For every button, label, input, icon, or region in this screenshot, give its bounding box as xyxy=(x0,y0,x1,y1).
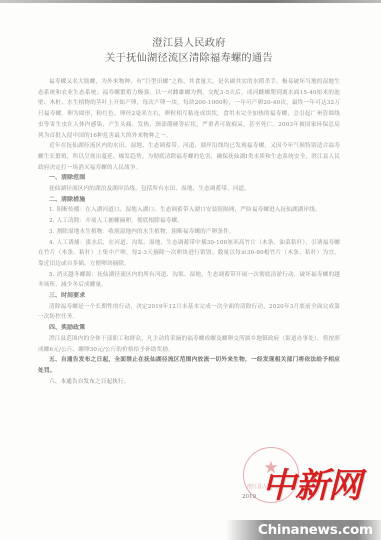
section-paragraph: 清除福寿螺是一个长期性的行动，决定2019年12月末基本完成一次全面的清除行动，… xyxy=(38,302,340,323)
document-header: 澄江县人民政府 关于抚仙湖径流区清除福寿螺的通告 xyxy=(38,36,340,66)
signature-date: 2019 xyxy=(242,494,256,500)
measure-item: 4. 人工诱捕：涨水后，在河道、沟渠、湿地、生态调蓄带中插30-100厘米高竹片… xyxy=(38,238,340,270)
measure-item: 5. 消灭越冬螺源：抚仙湖径流区内的所有河道、沟渠、湿地、生态调蓄带开展一次彻底… xyxy=(38,270,340,291)
section-heading-measures: 二、清除措施 xyxy=(38,195,340,206)
measure-item: 2. 人工清除：开展人工捕螺摘卵，彻底根除福寿螺。 xyxy=(38,216,340,227)
top-edge-shadow xyxy=(0,0,381,3)
section-paragraph: 抚仙湖径流区内的湖泊及湖岸沿线，包括所有水田、湿地、生态调蓄带、河道。 xyxy=(38,184,340,195)
notice-title: 关于抚仙湖径流区清除福寿螺的通告 xyxy=(38,51,340,66)
intro-paragraph: 近年在抚仙湖径流区内的水田、湿地、生态调蓄带、河道、湖岸沿线均已发现福寿螺，又因… xyxy=(38,141,340,173)
measure-item: 1. 阻断传播：在入湖河道口、湿地入湖口、生态调蓄带入湖口安装阻隔网，严防福寿螺… xyxy=(38,205,340,216)
measure-item: 3. 割除湿地水生植物：收割湿地内的水生植物，阻断福寿螺的产卵条件。 xyxy=(38,227,340,238)
section-heading-rewards: 四、奖励政策 xyxy=(38,323,340,334)
section-paragraph: 澄江县范围内的全体干部职工和群众，凡主动将采摘的福寿螺成螺及螺卵交所属乡地镇政府… xyxy=(38,334,340,355)
intro-paragraph: 福寿螺又名大瓶螺，为外来物种，有“巨型田螺”之称，其食量大，是名副其实的水稻杀手… xyxy=(38,77,340,141)
section-heading-timeline: 三、时间要求 xyxy=(38,291,340,302)
section-heading-scope: 一、清除范围 xyxy=(38,173,340,184)
document-body: 福寿螺又名大瓶螺，为外来物种，有“巨型田螺”之称，其食量大，是名副其实的水稻杀手… xyxy=(38,77,340,387)
notice-document: 澄江县人民政府 关于抚仙湖径流区清除福寿螺的通告 福寿螺又名大瓶螺，为外来物种，… xyxy=(38,36,340,387)
prohibition-paragraph: 五、自通告发布之日起，全面禁止在抚仙湖径流区范围内放流一切外来生物，一经发现相关… xyxy=(38,355,340,376)
chinanews-watermark-logo: 中新网 xyxy=(262,466,361,506)
effective-date-paragraph: 六、本通告自发布之日起执行。 xyxy=(38,377,340,388)
issuer-title: 澄江县人民政府 xyxy=(38,36,340,51)
chinanews-watermark-text: Chinanews.com xyxy=(258,522,373,538)
